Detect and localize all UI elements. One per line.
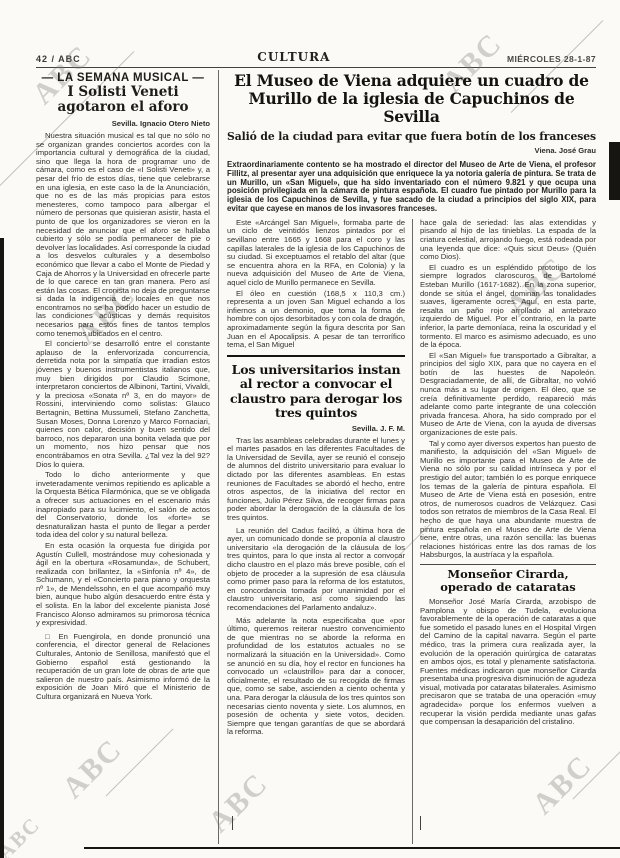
subhead-rule	[420, 564, 596, 565]
music-paragraph: En esta ocasión la orquesta fue dirigida…	[36, 542, 210, 628]
article-paragraph: Este «Arcángel San Miguel», formaba part…	[227, 219, 405, 288]
column-rule-tick	[232, 816, 233, 830]
main-lead: Extraordinariamente contento se ha mostr…	[227, 161, 596, 214]
music-news-brief: □ En Fuengirola, en donde pronunció una …	[36, 633, 210, 702]
article-paragraph: Tal y como ayer diversos expertos han pu…	[420, 440, 596, 560]
column-rule-tick	[420, 816, 421, 830]
article-paragraph: El óleo en cuestión (168,5 x 110,3 cm.) …	[227, 290, 405, 350]
main-article-columns: Este «Arcángel San Miguel», formaba part…	[227, 219, 596, 844]
main-article: El Museo de Viena adquiere un cuadro de …	[219, 70, 596, 844]
newspaper-page: ABC ABC ABC ABC ABC ABC ABC ABC 42 / ABC…	[0, 0, 620, 858]
main-deck: Salió de la ciudad para evitar que fuera…	[227, 130, 596, 143]
article-paragraph: El cuadro es un espléndido prototipo de …	[420, 264, 596, 350]
main-headline: El Museo de Viena adquiere un cuadro de …	[229, 72, 594, 126]
university-inset-article: Los universitarios instan al rector a co…	[227, 355, 405, 737]
music-paragraph: El concierto se desarrolló entre el cons…	[36, 340, 210, 469]
scan-edge-bar	[0, 238, 4, 858]
inset-headline: Los universitarios instan al rector a co…	[227, 363, 405, 421]
inset-paragraph: La reunión del Cadus facilitó, a última …	[227, 527, 405, 613]
main-byline: Viena. José Grau	[227, 146, 596, 155]
inset-paragraph: Tras las asambleas celebradas durante el…	[227, 437, 405, 523]
main-column-b: hace gala de seriedad: las alas extendid…	[413, 219, 596, 844]
music-kicker: — LA SEMANA MUSICAL —	[36, 72, 210, 84]
music-paragraph: Nuestra situación musical es tal que no …	[36, 132, 210, 338]
page-bottom-rule	[84, 847, 620, 849]
scan-ink-block	[609, 142, 620, 200]
cirarda-subhead: Monseñor Cirarda, operado de cataratas	[426, 568, 590, 594]
page-columns: — LA SEMANA MUSICAL — I Solisti Veneti a…	[36, 70, 596, 844]
music-title: I Solisti Veneti agotaron el aforo	[44, 85, 202, 115]
music-byline: Sevilla. Ignacio Otero Nieto	[36, 119, 210, 128]
main-column-a: Este «Arcángel San Miguel», formaba part…	[227, 219, 413, 844]
article-paragraph: hace gala de seriedad: las alas extendid…	[420, 219, 596, 262]
article-paragraph: El «San Miguel» fue transportado a Gibra…	[420, 352, 596, 438]
date-label: MIÉRCOLES 28-1-87	[507, 54, 596, 64]
section-title: CULTURA	[257, 50, 330, 64]
inset-paragraph: Más adelante la nota especificaba que «p…	[227, 617, 405, 737]
cirarda-paragraph: Monseñor José María Cirarda, arzobispo d…	[420, 598, 596, 727]
music-paragraph: Todo lo dicho anteriormente y que invete…	[36, 471, 210, 540]
music-review-article: — LA SEMANA MUSICAL — I Solisti Veneti a…	[36, 70, 219, 844]
inset-byline: Sevilla. J. F. M.	[227, 424, 405, 433]
